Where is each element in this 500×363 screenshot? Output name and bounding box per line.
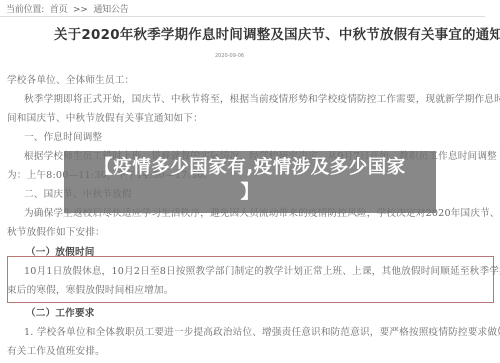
overlay-title-line2: 】 bbox=[64, 180, 436, 205]
overlay-title-line1: 【疫情多少国家有,疫情涉及多少国家 bbox=[64, 155, 436, 180]
breadcrumb-separator: >> bbox=[73, 5, 88, 15]
subsection-heading: （二）工作要求 bbox=[26, 305, 95, 319]
paragraph-line: 1. 学校各单位和全体教职员工要进一步提高政治站位、增强责任意识和防范意识，要严… bbox=[24, 324, 500, 338]
document-date: 2020-09-06 bbox=[215, 53, 244, 59]
overlay-title: 【疫情多少国家有,疫情涉及多少国家 】 bbox=[64, 155, 436, 205]
highlighted-line: 束后的寒假，寒假放假时间相应增加。 bbox=[7, 282, 174, 296]
section-heading: 一、作息时间调整 bbox=[24, 129, 102, 143]
header-divider bbox=[0, 16, 485, 17]
breadcrumb-label: 当前位置: bbox=[6, 5, 44, 15]
paragraph-line: 秋节放假作如下安排： bbox=[7, 224, 105, 238]
document-title: 关于2020年秋季学期作息时间调整及国庆节、中秋节放假有关事宜的通知 bbox=[54, 24, 494, 43]
paragraph-line: 秋季学期即将正式开始，国庆节、中秋节将至，根据当前疫情形势和学校疫情防控工作需要… bbox=[24, 91, 500, 105]
paragraph-line: 有关工作及值班安排。 bbox=[7, 343, 105, 357]
breadcrumb-home-link[interactable]: 首页 bbox=[50, 5, 68, 15]
paragraph-line: 间和国庆节、中秋节放假有关事宜通知如下： bbox=[7, 110, 203, 124]
salutation: 学校各单位、全体师生员工： bbox=[7, 72, 134, 86]
breadcrumb-notices-link[interactable]: 通知公告 bbox=[93, 5, 128, 15]
highlighted-line: 10月1日放假休息，10月2日至8日按照教学部门制定的教学计划正常上班、上课，其… bbox=[24, 263, 500, 277]
breadcrumb: 当前位置: 首页 >> 通知公告 bbox=[6, 2, 132, 15]
